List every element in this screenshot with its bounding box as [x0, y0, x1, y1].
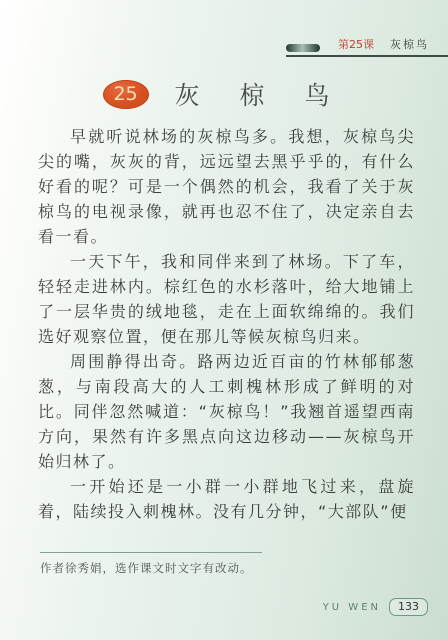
paragraph-3: 周围静得出奇。路两边近百亩的竹林郁郁葱葱，与南段高大的人工刺槐林形成了鲜明的对比… — [38, 349, 415, 474]
lesson-text: 早就听说林场的灰椋鸟多。我想，灰椋鸟尖尖的嘴，灰灰的背，远远望去黑乎乎的，有什么… — [38, 124, 415, 524]
textbook-page: 第25课 灰椋鸟 25 灰 椋 鸟 早就听说林场的灰椋鸟多。我想，灰椋鸟尖尖的嘴… — [0, 0, 448, 640]
paragraph-4: 一开始还是一小群一小群地飞过来，盘旋着，陆续投入刺槐林。没有几分钟，“大部队”便 — [38, 474, 415, 524]
running-header: 第25课 灰椋鸟 — [286, 36, 448, 57]
lesson-title-row: 25 灰 椋 鸟 — [0, 76, 448, 112]
paragraph-2: 一天下午，我和同伴来到了林场。下了车，轻轻走进林内。棕红色的水杉落叶，给大地铺上… — [38, 249, 415, 349]
footnote-divider — [40, 552, 262, 553]
paragraph-1: 早就听说林场的灰椋鸟多。我想，灰椋鸟尖尖的嘴，灰灰的背，远远望去黑乎乎的，有什么… — [38, 124, 415, 249]
header-lesson-title: 灰椋鸟 — [390, 36, 429, 52]
header-lesson-number: 第25课 — [338, 36, 374, 52]
lesson-title: 灰 椋 鸟 — [175, 76, 346, 112]
header-accent-bar-icon — [286, 44, 320, 52]
lesson-number-badge: 25 — [103, 80, 149, 109]
author-note: 作者徐秀娟，选作课文时文字有改动。 — [40, 560, 253, 576]
page-footer: YU WEN 133 — [323, 598, 428, 616]
page-number-badge: 133 — [389, 598, 428, 616]
subject-label: YU WEN — [323, 602, 381, 613]
